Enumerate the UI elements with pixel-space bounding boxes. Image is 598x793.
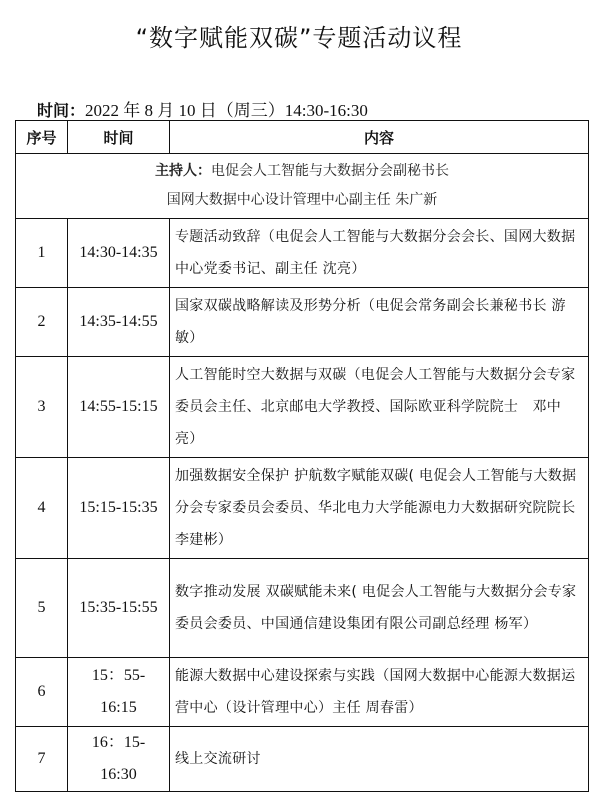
date-value: 2022 年 8 月 10 日（周三）14:30-16:30: [85, 101, 368, 120]
row-time: 14:30-14:35: [68, 219, 170, 288]
header-time: 时间: [68, 121, 170, 154]
row-content: 加强数据安全保护 护航数字赋能双碳( 电促会人工智能与大数据分会专家委员会委员、…: [170, 458, 589, 559]
header-content: 内容: [170, 121, 589, 154]
row-time: 14:55-15:15: [68, 357, 170, 458]
host-row: 主持人：电促会人工智能与大数据分会副秘书长 国网大数据中心设计管理中心副主任 朱…: [16, 154, 589, 219]
date-label: 时间：: [37, 101, 85, 120]
row-content: 线上交流研讨: [170, 727, 589, 792]
row-time: 16：15-16:30: [68, 727, 170, 792]
row-time: 14:35-14:55: [68, 288, 170, 357]
row-time: 15:15-15:35: [68, 458, 170, 559]
row-content: 数字推动发展 双碳赋能未来( 电促会人工智能与大数据分会专家委员会委员、中国通信…: [170, 559, 589, 658]
date-line: 时间：2022 年 8 月 10 日（周三）14:30-16:30: [37, 96, 368, 121]
row-no: 3: [16, 357, 68, 458]
host-line2: 国网大数据中心设计管理中心副主任 朱广新: [16, 186, 588, 215]
row-content: 能源大数据中心建设探索与实践（国网大数据中心能源大数据运营中心（设计管理中心）主…: [170, 658, 589, 727]
row-no: 2: [16, 288, 68, 357]
row-no: 6: [16, 658, 68, 727]
row-time: 15：55-16:15: [68, 658, 170, 727]
row-no: 1: [16, 219, 68, 288]
table-row: 2 14:35-14:55 国家双碳战略解读及形势分析（电促会常务副会长兼秘书长…: [16, 288, 589, 357]
row-no: 7: [16, 727, 68, 792]
row-time: 15:35-15:55: [68, 559, 170, 658]
page-title: “数字赋能双碳”专题活动议程: [0, 18, 598, 53]
host-line1: 电促会人工智能与大数据分会副秘书长: [211, 163, 449, 179]
host-label: 主持人：: [155, 163, 211, 179]
table-row: 5 15:35-15:55 数字推动发展 双碳赋能未来( 电促会人工智能与大数据…: [16, 559, 589, 658]
row-content: 国家双碳战略解读及形势分析（电促会常务副会长兼秘书长 游敏）: [170, 288, 589, 357]
table-row: 6 15：55-16:15 能源大数据中心建设探索与实践（国网大数据中心能源大数…: [16, 658, 589, 727]
table-row: 4 15:15-15:35 加强数据安全保护 护航数字赋能双碳( 电促会人工智能…: [16, 458, 589, 559]
row-content: 人工智能时空大数据与双碳（电促会人工智能与大数据分会专家委员会主任、北京邮电大学…: [170, 357, 589, 458]
header-no: 序号: [16, 121, 68, 154]
agenda-table: 序号 时间 内容 主持人：电促会人工智能与大数据分会副秘书长 国网大数据中心设计…: [15, 120, 589, 792]
row-no: 4: [16, 458, 68, 559]
table-row: 7 16：15-16:30 线上交流研讨: [16, 727, 589, 792]
table-row: 1 14:30-14:35 专题活动致辞（电促会人工智能与大数据分会会长、国网大…: [16, 219, 589, 288]
table-header-row: 序号 时间 内容: [16, 121, 589, 154]
row-no: 5: [16, 559, 68, 658]
table-row: 3 14:55-15:15 人工智能时空大数据与双碳（电促会人工智能与大数据分会…: [16, 357, 589, 458]
host-cell: 主持人：电促会人工智能与大数据分会副秘书长 国网大数据中心设计管理中心副主任 朱…: [16, 154, 589, 219]
row-content: 专题活动致辞（电促会人工智能与大数据分会会长、国网大数据中心党委书记、副主任 沈…: [170, 219, 589, 288]
